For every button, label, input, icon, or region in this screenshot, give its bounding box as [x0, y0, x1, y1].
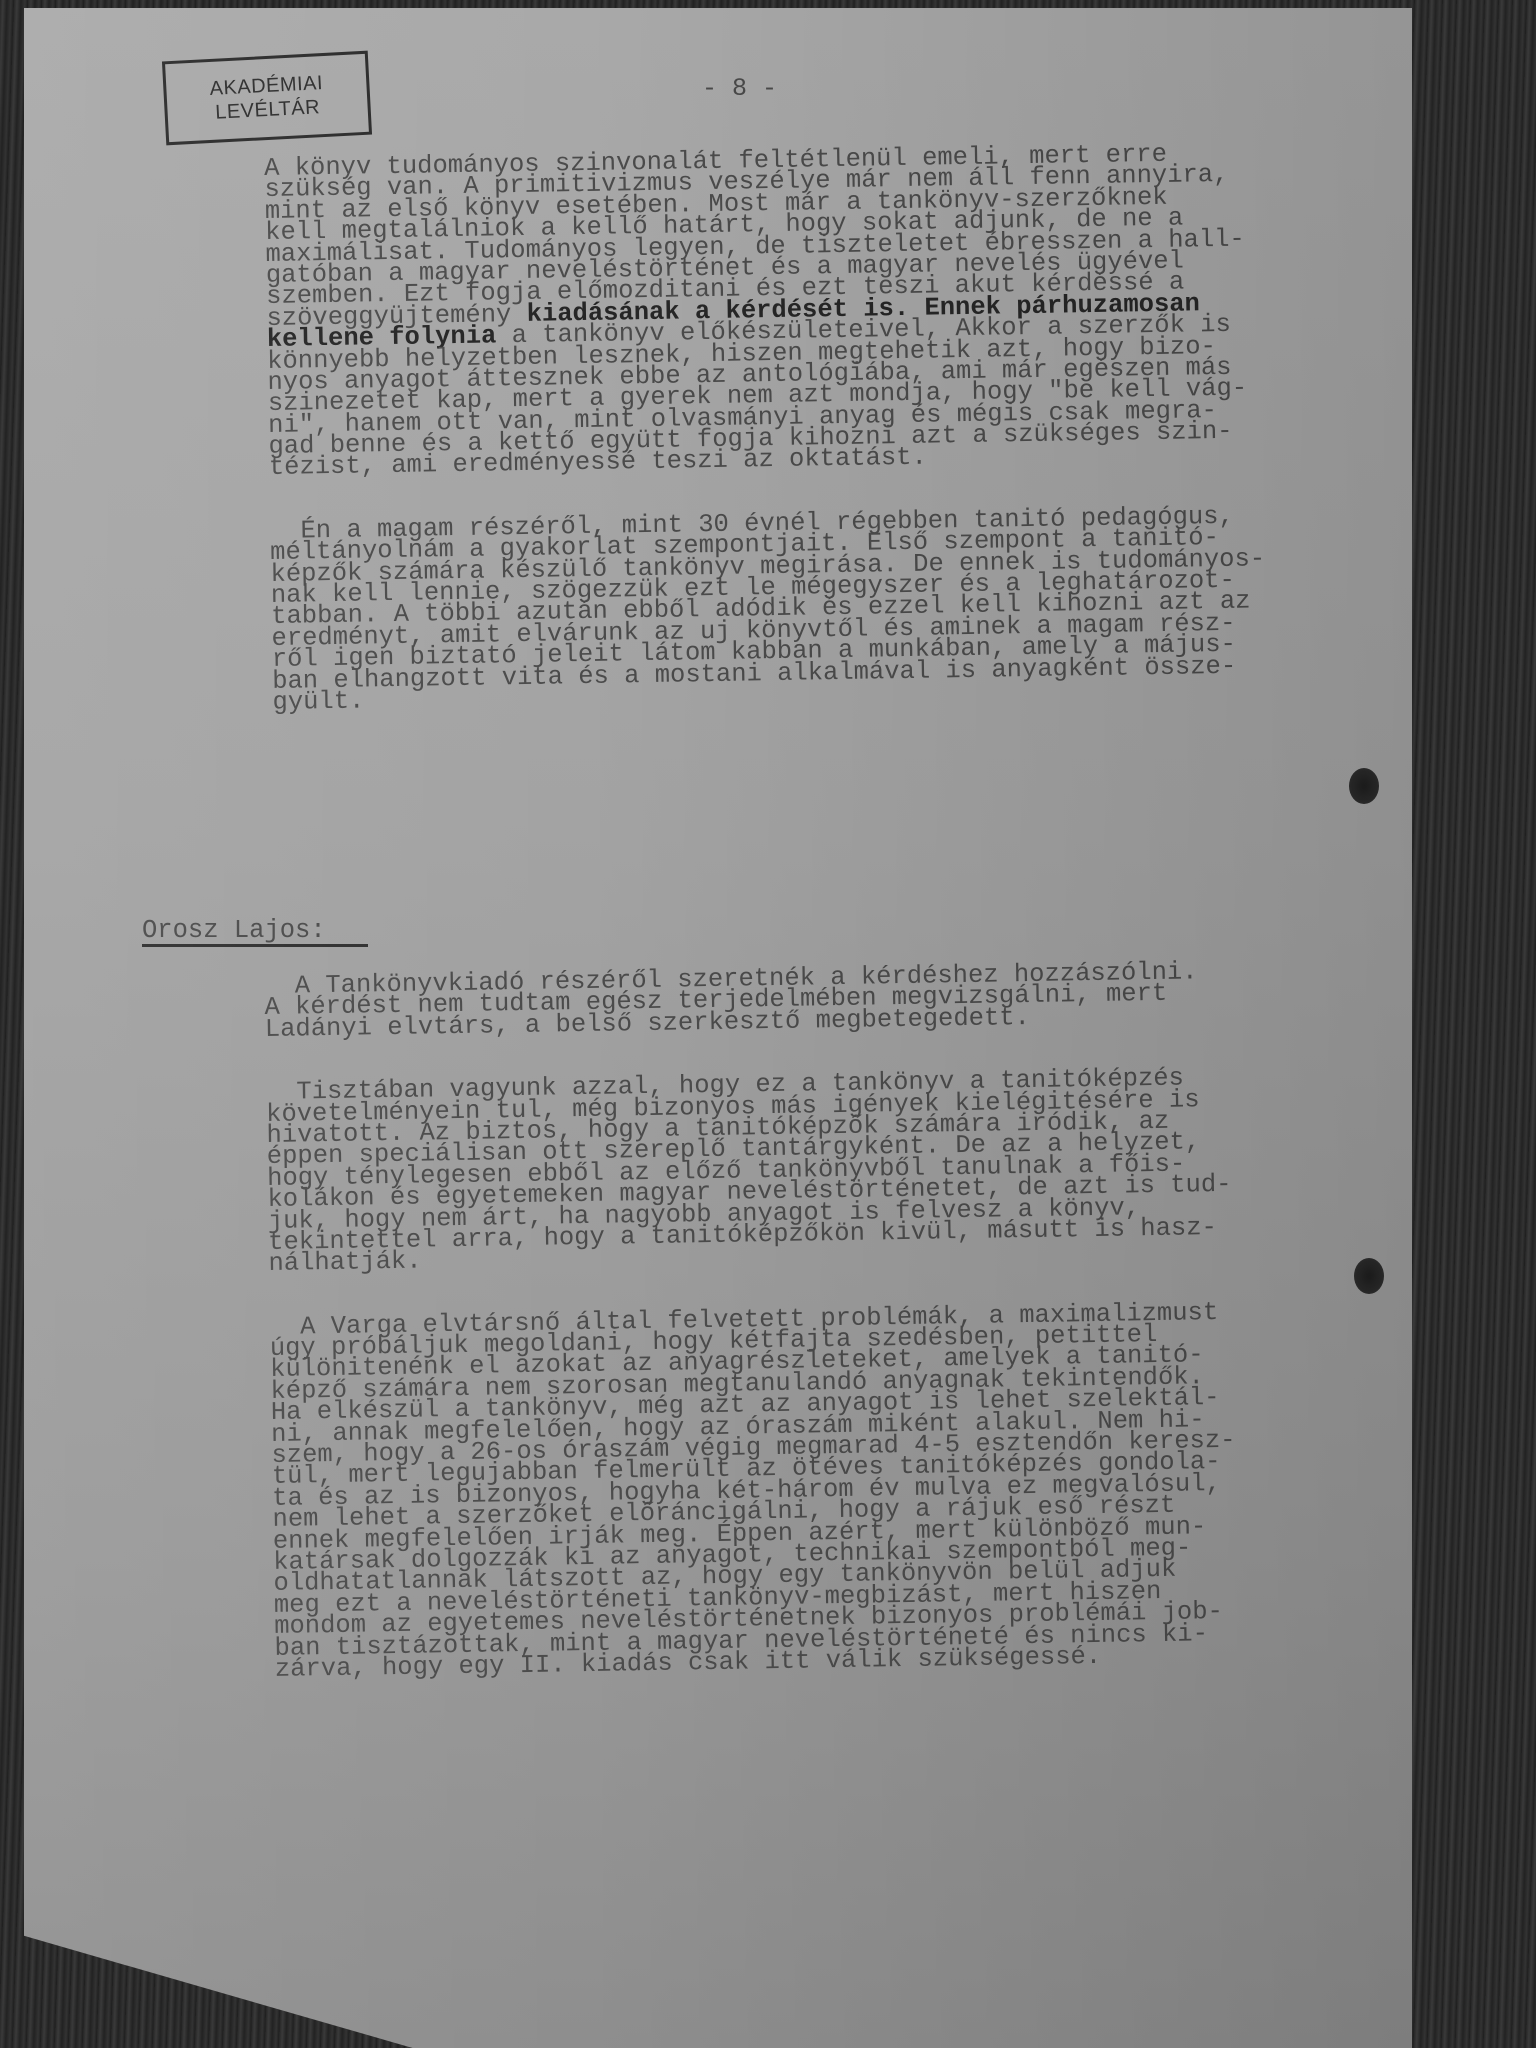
stamp-line-2: LEVÉLTÁR: [215, 95, 321, 124]
paragraph: A Varga elvtársnő által felvetett problé…: [269, 1298, 1455, 1680]
paragraph: A Tankönyvkiadó részéről szeretnék a kér…: [264, 957, 1445, 1040]
speaker-heading: Orosz Lajos:: [142, 916, 326, 945]
paragraph: Én a magam részéről, mint 30 évnél régeb…: [270, 502, 1453, 713]
text-block-2: A Tankönyvkiadó részéről szeretnék a kér…: [264, 957, 1456, 1722]
paragraph: A könyv tudományos szinvonalát feltétlen…: [264, 139, 1449, 478]
text-block-1: A könyv tudományos szinvonalát feltétlen…: [264, 139, 1453, 755]
speaker-underline: [142, 944, 368, 947]
punch-hole-icon: [1354, 1258, 1384, 1294]
page-number: - 8 -: [702, 74, 777, 103]
paragraph: Tisztában vagyunk azzal, hogy ez a tankö…: [266, 1064, 1449, 1275]
punch-hole-icon: [1349, 768, 1379, 804]
archive-stamp: AKADÉMIAI LEVÉLTÁR: [162, 51, 372, 146]
document-page: AKADÉMIAI LEVÉLTÁR - 8 - A könyv tudomán…: [24, 8, 1412, 2048]
